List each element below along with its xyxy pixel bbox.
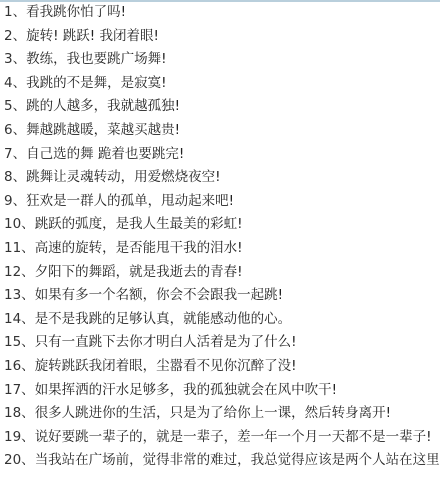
item-text: 旋转! 跳跃! 我闭着眼! [26,28,159,44]
item-text: 是不是我跳的足够认真，就能感动他的心。 [35,311,292,327]
list-item: 6、舞越跳越暖，菜越买越贵! [4,120,440,144]
list-item: 17、如果挥洒的汗水足够多，我的孤独就会在风中吹干! [4,380,440,404]
list-item: 11、高速的旋转，是否能甩干我的泪水! [4,238,440,262]
item-text: 说好要跳一辈子的，就是一辈子，差一年一个月一天都不是一辈子! [35,429,432,445]
list-item: 2、旋转! 跳跃! 我闭着眼! [4,26,440,50]
list-item: 8、跳舞让灵魂转动，用爱燃烧夜空! [4,167,440,191]
item-number: 8、 [4,169,26,185]
item-text: 狂欢是一群人的孤单，甩动起来吧! [26,193,234,209]
item-text: 跳舞让灵魂转动，用爱燃烧夜空! [26,169,220,185]
list-item: 12、夕阳下的舞蹈，就是我逝去的青春! [4,262,440,286]
item-number: 17、 [4,382,35,398]
item-number: 2、 [4,28,26,44]
item-text: 夕阳下的舞蹈，就是我逝去的青春! [35,264,243,280]
item-number: 9、 [4,193,26,209]
item-number: 12、 [4,264,35,280]
item-text: 很多人跳进你的生活，只是为了给你上一课，然后转身离开! [35,405,391,421]
item-text: 如果有多一个名额，你会不会跟我一起跳! [35,287,283,303]
item-text: 跳的人越多，我就越孤独! [26,98,180,114]
list-item: 19、说好要跳一辈子的，就是一辈子，差一年一个月一天都不是一辈子! [4,427,440,451]
list-item: 9、狂欢是一群人的孤单，甩动起来吧! [4,191,440,215]
item-number: 1、 [4,4,26,20]
item-number: 18、 [4,405,35,421]
item-number: 4、 [4,75,26,91]
item-text: 如果挥洒的汗水足够多，我的孤独就会在风中吹干! [35,382,337,398]
list-item: 18、很多人跳进你的生活，只是为了给你上一课，然后转身离开! [4,403,440,427]
quote-list: 1、看我跳你怕了吗! 2、旋转! 跳跃! 我闭着眼! 3、教练，我也要跳广场舞!… [4,2,440,474]
list-item: 1、看我跳你怕了吗! [4,2,440,26]
item-number: 3、 [4,51,26,67]
item-text: 教练，我也要跳广场舞! [26,51,166,67]
list-item: 13、如果有多一个名额，你会不会跟我一起跳! [4,285,440,309]
list-item: 5、跳的人越多，我就越孤独! [4,96,440,120]
item-number: 6、 [4,122,26,138]
item-text: 我跳的不是舞，是寂寞! [26,75,166,91]
item-text: 自己选的舞 跪着也要跳完! [26,146,184,162]
item-number: 5、 [4,98,26,114]
item-text: 看我跳你怕了吗! [26,4,126,20]
item-number: 16、 [4,358,35,374]
list-item: 15、只有一直跳下去你才明白人活着是为了什么! [4,332,440,356]
list-item: 10、跳跃的弧度，是我人生最美的彩虹! [4,214,440,238]
list-item: 16、旋转跳跃我闭着眼，尘嚣看不见你沉醉了没! [4,356,440,380]
item-text: 舞越跳越暖，菜越买越贵! [26,122,180,138]
item-number: 10、 [4,216,35,232]
item-text: 当我站在广场前，觉得非常的难过，我总觉得应该是两个人站在这里! [35,452,440,468]
list-item: 7、自己选的舞 跪着也要跳完! [4,144,440,168]
item-number: 7、 [4,146,26,162]
item-number: 20、 [4,452,35,468]
item-number: 13、 [4,287,35,303]
item-number: 14、 [4,311,35,327]
list-item: 20、当我站在广场前，觉得非常的难过，我总觉得应该是两个人站在这里! [4,450,440,474]
item-text: 跳跃的弧度，是我人生最美的彩虹! [35,216,243,232]
item-number: 15、 [4,334,35,350]
item-text: 只有一直跳下去你才明白人活着是为了什么! [35,334,297,350]
item-text: 高速的旋转，是否能甩干我的泪水! [35,240,243,256]
item-text: 旋转跳跃我闭着眼，尘嚣看不见你沉醉了没! [35,358,297,374]
list-item: 3、教练，我也要跳广场舞! [4,49,440,73]
item-number: 19、 [4,429,35,445]
item-number: 11、 [4,240,35,256]
list-item: 4、我跳的不是舞，是寂寞! [4,73,440,97]
list-item: 14、是不是我跳的足够认真，就能感动他的心。 [4,309,440,333]
